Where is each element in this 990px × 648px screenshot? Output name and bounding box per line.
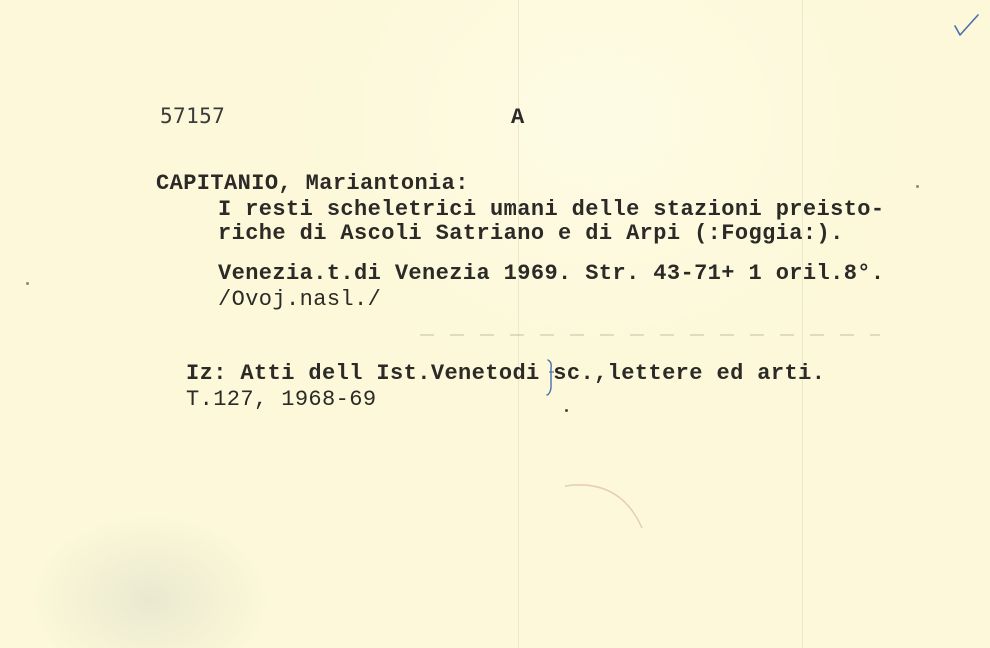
imprint-line: Venezia.t.di Venezia 1969. Str. 43-71+ 1…	[218, 262, 885, 286]
pen-correction-mark-icon	[544, 358, 558, 398]
faint-ruled-line	[420, 334, 880, 336]
accession-number: 57157	[160, 104, 225, 128]
ink-speck	[565, 409, 568, 412]
note-line: /Ovoj.nasl./	[218, 288, 381, 312]
stain-arc	[560, 478, 680, 558]
fold-line	[802, 0, 803, 648]
source-line-2: T.127, 1968-69	[186, 388, 376, 412]
title-line-1: I resti scheletrici umani delle stazioni…	[218, 198, 885, 222]
checkmark-icon	[950, 10, 980, 40]
author-line: CAPITANIO, Mariantonia:	[156, 172, 469, 196]
fold-line	[518, 0, 519, 648]
catalog-card: 57157 A CAPITANIO, Mariantonia: I resti …	[0, 0, 990, 648]
title-line-2: riche di Ascoli Satriano e di Arpi (:Fog…	[218, 222, 844, 246]
ink-speck	[26, 282, 29, 285]
classification-letter: A	[511, 106, 525, 130]
ink-speck	[916, 185, 919, 188]
source-line-1: Iz: Atti dell Ist.Venetodi sc.,lettere e…	[186, 362, 825, 386]
